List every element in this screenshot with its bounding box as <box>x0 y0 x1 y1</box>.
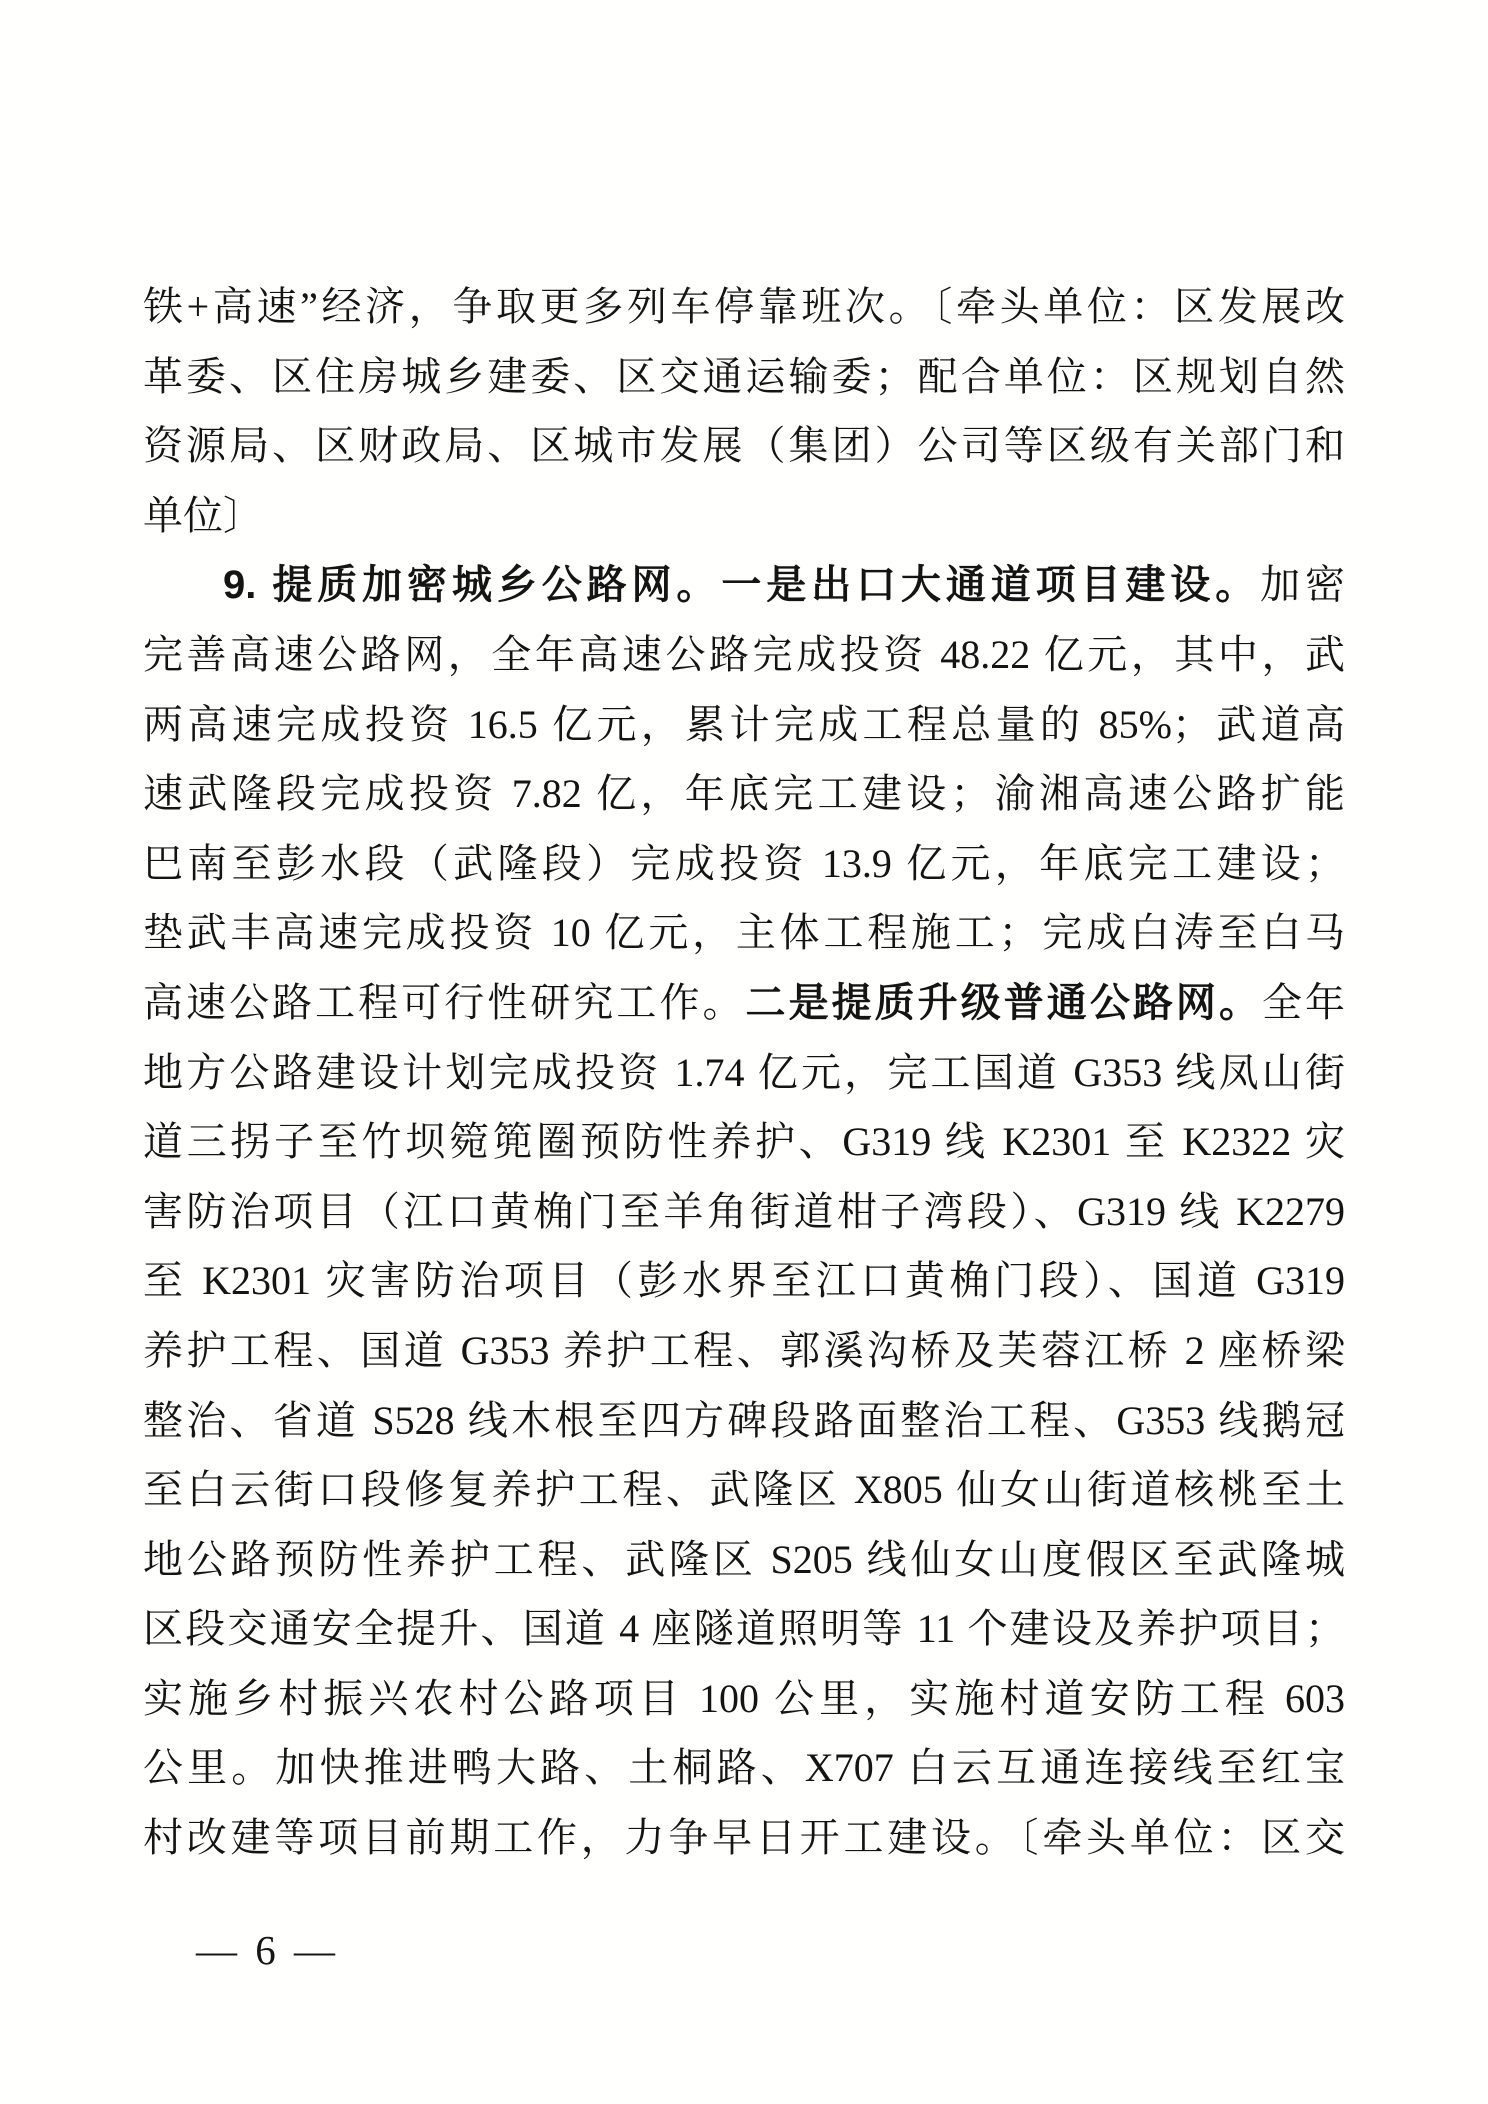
text-run: 地公路预防性养护工程、武隆区 S205 线仙女山度假区至武隆城 <box>143 1537 1345 1582</box>
text-line: 地方公路建设计划完成投资 1.74 亿元，完工国道 G353 线凤山街 <box>143 1038 1345 1108</box>
text-block: 铁+高速”经济，争取更多列车停靠班次。〔牵头单位：区发展改 革委、区住房城乡建委… <box>143 272 1345 1873</box>
text-line: 单位〕 <box>143 481 1345 551</box>
text-run: 至白云街口段修复养护工程、武隆区 X805 仙女山街道核桃至土 <box>143 1467 1345 1512</box>
text-run: 整治、省道 S528 线木根至四方碑段路面整治工程、G353 线鹅冠 <box>143 1398 1345 1443</box>
text-line: 革委、区住房城乡建委、区交通运输委；配合单位：区规划自然 <box>143 342 1345 412</box>
text-run: 资源局、区财政局、区城市发展（集团）公司等区级有关部门和 <box>143 423 1345 468</box>
text-line: 至白云街口段修复养护工程、武隆区 X805 仙女山街道核桃至土 <box>143 1455 1345 1525</box>
subsection-title: 一是出口大通道项目建设。 <box>721 562 1260 607</box>
text-line: 巴南至彭水段（武隆段）完成投资 13.9 亿元，年底完工建设； <box>143 829 1345 899</box>
section-heading-line: 9. 提质加密城乡公路网。一是出口大通道项目建设。加密 <box>143 550 1345 620</box>
text-run: 道三拐子至竹坝箢篼圈预防性养护、G319 线 K2301 至 K2322 灾 <box>143 1119 1345 1164</box>
text-line: 实施乡村振兴农村公路项目 100 公里，实施村道安防工程 603 <box>143 1664 1345 1734</box>
text-line: 区段交通安全提升、国道 4 座隧道照明等 11 个建设及养护项目； <box>143 1594 1345 1664</box>
text-run: 铁+高速”经济，争取更多列车停靠班次。〔牵头单位：区发展改 <box>143 284 1345 329</box>
text-run: 区段交通安全提升、国道 4 座隧道照明等 11 个建设及养护项目； <box>143 1606 1345 1651</box>
text-run: 地方公路建设计划完成投资 1.74 亿元，完工国道 G353 线凤山街 <box>143 1050 1345 1095</box>
text-run: 至 K2301 灾害防治项目（彭水界至江口黄桷门段）、国道 G319 <box>143 1258 1345 1303</box>
text-line: 公里。加快推进鸭大路、土桐路、X707 白云互通连接线至红宝 <box>143 1733 1345 1803</box>
text-run: 养护工程、国道 G353 养护工程、郭溪沟桥及芙蓉江桥 2 座桥梁 <box>143 1328 1345 1373</box>
text-run: 公里。加快推进鸭大路、土桐路、X707 白云互通连接线至红宝 <box>143 1745 1345 1790</box>
text-line: 害防治项目（江口黄桷门至羊角街道柑子湾段）、G319 线 K2279 <box>143 1177 1345 1247</box>
text-line: 至 K2301 灾害防治项目（彭水界至江口黄桷门段）、国道 G319 <box>143 1246 1345 1316</box>
text-line: 地公路预防性养护工程、武隆区 S205 线仙女山度假区至武隆城 <box>143 1525 1345 1595</box>
text-run: 两高速完成投资 16.5 亿元，累计完成工程总量的 85%；武道高 <box>143 702 1345 747</box>
text-line: 道三拐子至竹坝箢篼圈预防性养护、G319 线 K2301 至 K2322 灾 <box>143 1107 1345 1177</box>
document-page: 铁+高速”经济，争取更多列车停靠班次。〔牵头单位：区发展改 革委、区住房城乡建委… <box>0 0 1488 2104</box>
text-run: 高速公路工程可行性研究工作。 <box>143 980 746 1025</box>
text-run: 速武隆段完成投资 7.82 亿，年底完工建设；渝湘高速公路扩能 <box>143 771 1345 816</box>
text-run: 垫武丰高速完成投资 10 亿元，主体工程施工；完成白涛至白马 <box>143 910 1345 955</box>
text-line: 完善高速公路网，全年高速公路完成投资 48.22 亿元，其中，武 <box>143 620 1345 690</box>
text-run: 革委、区住房城乡建委、区交通运输委；配合单位：区规划自然 <box>143 354 1345 399</box>
subsection-title: 二是提质升级普通公路网。 <box>746 980 1262 1025</box>
text-line: 垫武丰高速完成投资 10 亿元，主体工程施工；完成白涛至白马 <box>143 898 1345 968</box>
text-line: 两高速完成投资 16.5 亿元，累计完成工程总量的 85%；武道高 <box>143 690 1345 760</box>
text-run: 害防治项目（江口黄桷门至羊角街道柑子湾段）、G319 线 K2279 <box>143 1189 1345 1234</box>
page-number: — 6 — <box>196 1926 339 1974</box>
text-line: 高速公路工程可行性研究工作。二是提质升级普通公路网。全年 <box>143 968 1345 1038</box>
text-run: 完善高速公路网，全年高速公路完成投资 48.22 亿元，其中，武 <box>143 632 1345 677</box>
text-run: 全年 <box>1262 980 1345 1025</box>
text-line: 铁+高速”经济，争取更多列车停靠班次。〔牵头单位：区发展改 <box>143 272 1345 342</box>
text-run: 加密 <box>1260 562 1345 607</box>
text-run: 实施乡村振兴农村公路项目 100 公里，实施村道安防工程 603 <box>143 1676 1345 1721</box>
text-line: 整治、省道 S528 线木根至四方碑段路面整治工程、G353 线鹅冠 <box>143 1386 1345 1456</box>
text-line: 资源局、区财政局、区城市发展（集团）公司等区级有关部门和 <box>143 411 1345 481</box>
text-run: 单位〕 <box>143 493 263 538</box>
text-run: 巴南至彭水段（武隆段）完成投资 13.9 亿元，年底完工建设； <box>143 841 1345 886</box>
text-run: 村改建等项目前期工作，力争早日开工建设。〔牵头单位：区交 <box>143 1815 1345 1860</box>
text-line: 养护工程、国道 G353 养护工程、郭溪沟桥及芙蓉江桥 2 座桥梁 <box>143 1316 1345 1386</box>
section-number-title: 9. 提质加密城乡公路网。 <box>223 563 721 607</box>
text-line: 村改建等项目前期工作，力争早日开工建设。〔牵头单位：区交 <box>143 1803 1345 1873</box>
text-line: 速武隆段完成投资 7.82 亿，年底完工建设；渝湘高速公路扩能 <box>143 759 1345 829</box>
